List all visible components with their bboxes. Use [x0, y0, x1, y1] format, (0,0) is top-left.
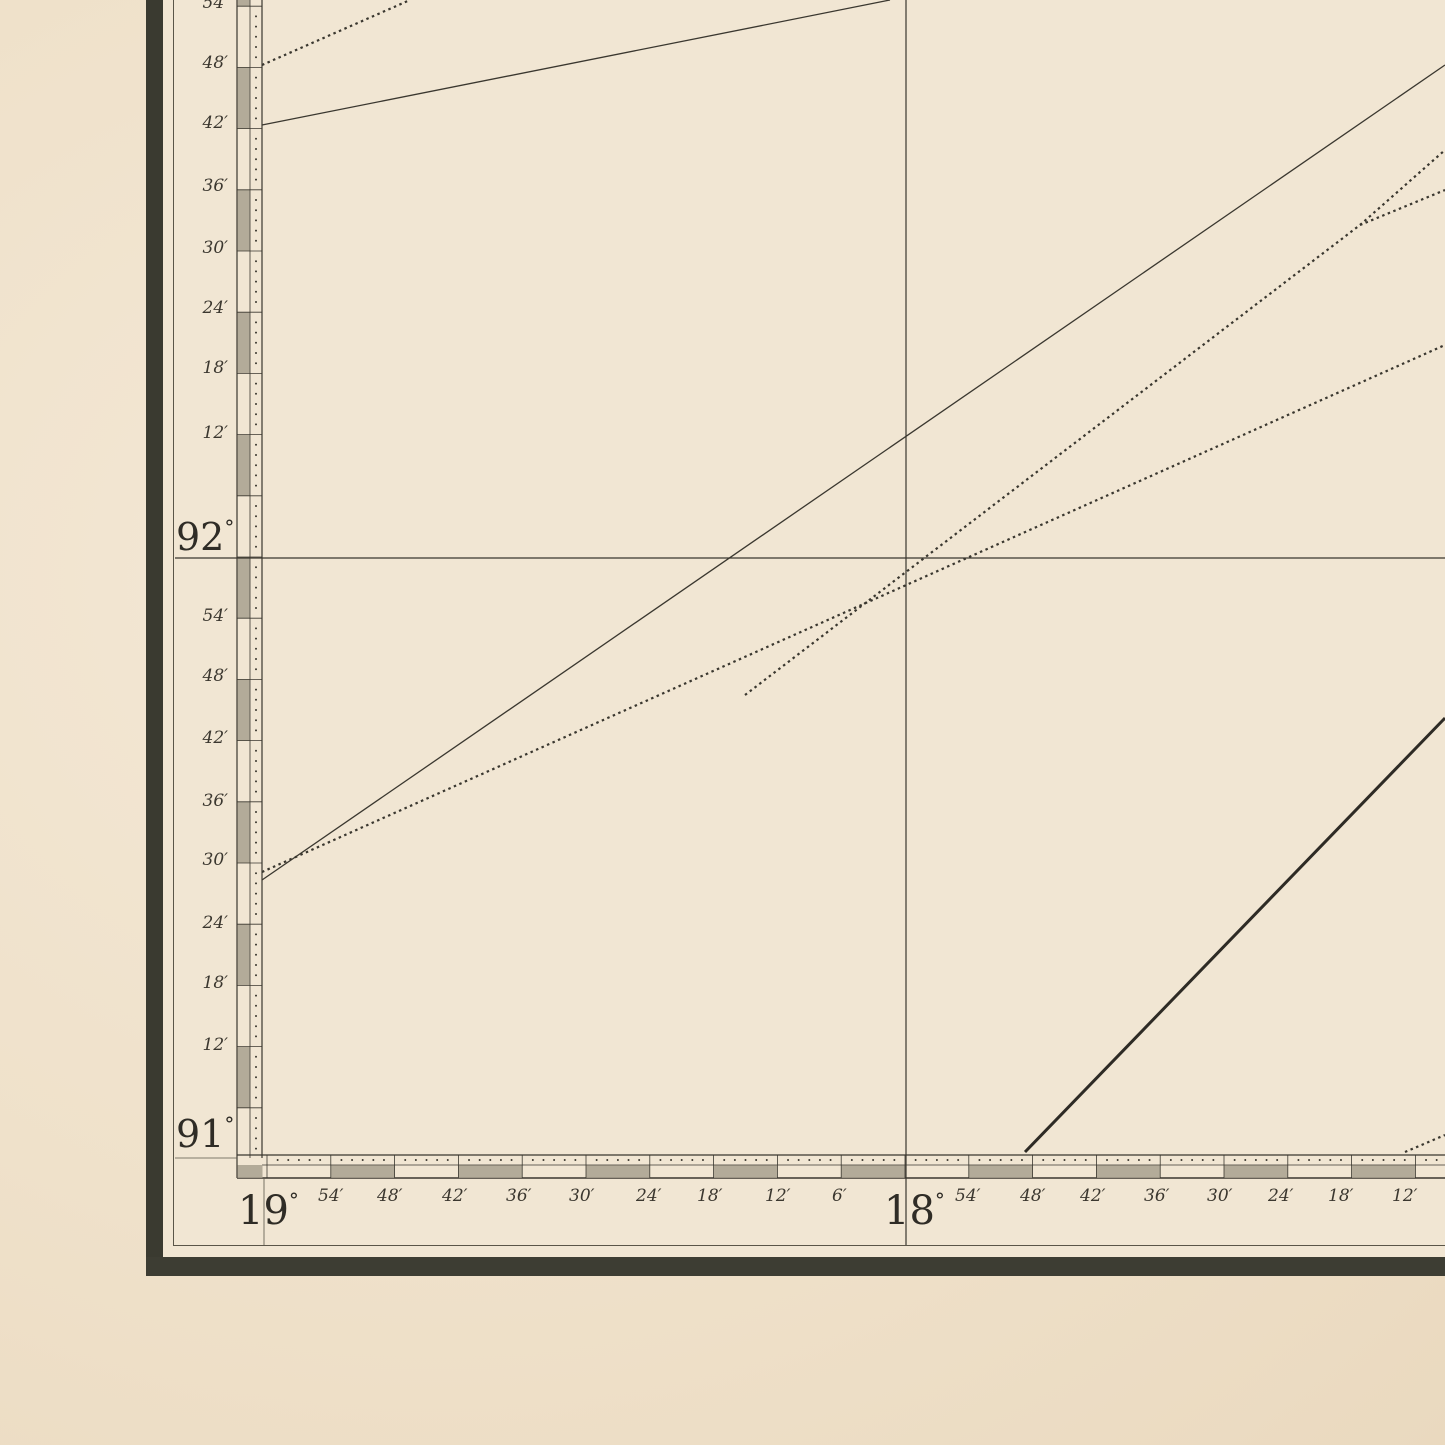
- longitude-minute-label: 42′: [1080, 1186, 1106, 1206]
- longitude-minute-label: 36′: [1144, 1186, 1170, 1206]
- latitude-minute-label: 42′: [168, 728, 228, 748]
- longitude-minute-label: 48′: [1020, 1186, 1046, 1206]
- bottom-longitude-scale: [237, 1155, 1445, 1178]
- solid-line-upper: [262, 0, 890, 125]
- longitude-minute-label: 24′: [636, 1186, 662, 1206]
- latitude-minute-label: 24′: [168, 298, 228, 318]
- latitude-degree-label: 91°: [176, 1112, 234, 1156]
- longitude-degree-label: 18°: [884, 1188, 945, 1234]
- latitude-minute-label: 30′: [168, 238, 228, 258]
- longitude-minute-label: 48′: [377, 1186, 403, 1206]
- plotted-lines: [262, 0, 1445, 1152]
- longitude-degree-label: 19°: [238, 1188, 299, 1234]
- longitude-minute-label: 18′: [697, 1186, 723, 1206]
- latitude-degree-label: 92°: [176, 515, 234, 559]
- longitude-minute-label: 36′: [506, 1186, 532, 1206]
- graticule-gridlines: [175, 0, 1445, 1245]
- thick-solid-line: [1025, 718, 1445, 1152]
- dotted-line-branch: [1360, 190, 1445, 225]
- dotted-line-upper: [262, 0, 410, 65]
- longitude-minute-label: 24′: [1268, 1186, 1294, 1206]
- solid-line-long: [262, 65, 1445, 880]
- longitude-minute-label: 6′: [832, 1186, 847, 1206]
- latitude-minute-label: 54′: [168, 606, 228, 626]
- latitude-minute-label: 24′: [168, 913, 228, 933]
- latitude-minute-label: 36′: [168, 791, 228, 811]
- latitude-minute-label: 54′: [168, 0, 228, 13]
- latitude-minute-label: 36′: [168, 176, 228, 196]
- longitude-minute-label: 12′: [765, 1186, 791, 1206]
- latitude-minute-label: 48′: [168, 53, 228, 73]
- longitude-minute-label: 30′: [569, 1186, 595, 1206]
- latitude-minute-label: 18′: [168, 973, 228, 993]
- latitude-minute-label: 30′: [168, 850, 228, 870]
- plot-area: [0, 0, 1445, 1445]
- longitude-minute-label: 30′: [1207, 1186, 1233, 1206]
- latitude-minute-label: 18′: [168, 358, 228, 378]
- latitude-minute-label: 48′: [168, 666, 228, 686]
- longitude-minute-label: 54′: [955, 1186, 981, 1206]
- dotted-line-branching: [745, 150, 1445, 695]
- dotted-line-lower-right: [1405, 1135, 1445, 1152]
- longitude-minute-label: 12′: [1392, 1186, 1418, 1206]
- latitude-minute-label: 42′: [168, 113, 228, 133]
- longitude-minute-label: 42′: [442, 1186, 468, 1206]
- longitude-minute-label: 54′: [318, 1186, 344, 1206]
- latitude-minute-label: 12′: [168, 423, 228, 443]
- latitude-minute-label: 12′: [168, 1035, 228, 1055]
- longitude-minute-label: 18′: [1328, 1186, 1354, 1206]
- left-latitude-scale: [237, 0, 262, 1178]
- dotted-line-long: [262, 345, 1445, 872]
